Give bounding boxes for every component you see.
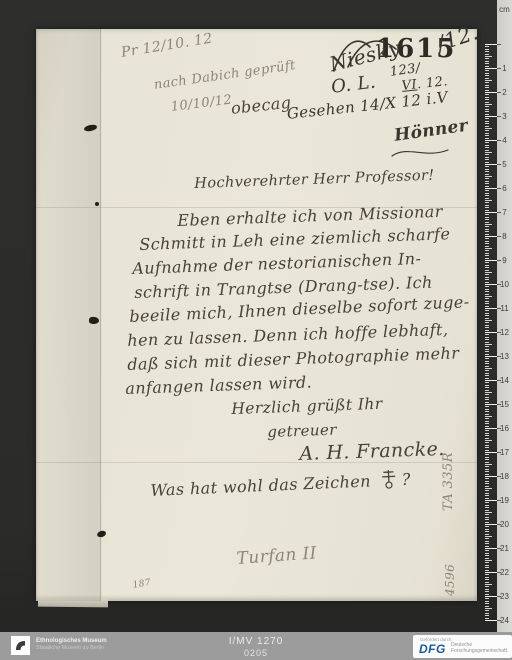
processing-note-date2: 10/10/12 (170, 92, 233, 114)
ruler-mark-label: 1 (497, 64, 512, 73)
ruler-tick (485, 193, 489, 194)
ruler-tick (485, 399, 489, 400)
ruler-tick (485, 162, 489, 163)
ruler-tick (485, 603, 489, 604)
ruler-tick (485, 104, 492, 105)
ruler-tick (485, 404, 497, 405)
ruler-tick (485, 387, 489, 388)
ruler-tick (485, 426, 489, 427)
ruler-tick (485, 198, 489, 199)
ruler-tick (485, 529, 489, 530)
ruler-tick (485, 75, 489, 76)
ruler-tick (485, 308, 497, 309)
ruler-tick (485, 118, 489, 119)
ruler-tick (485, 414, 489, 415)
ruler-tick (485, 159, 489, 160)
ruler-tick (485, 121, 489, 122)
ruler-tick (485, 214, 489, 215)
ruler-mark-label: 3 (497, 112, 512, 121)
ruler-tick (485, 190, 489, 191)
ruler-mark-label: 13 (497, 352, 512, 361)
ruler-tick (485, 282, 489, 283)
ruler-tick (485, 44, 497, 45)
ruler-tick (485, 411, 489, 412)
ruler-tick (485, 339, 489, 340)
ruler-tick (485, 354, 489, 355)
ruler-tick (485, 80, 492, 81)
ruler-tick (485, 517, 489, 518)
ruler-tick (485, 291, 489, 292)
ruler-tick (485, 361, 489, 362)
registrar-signature: Hönner (393, 116, 469, 146)
ruler-tick (485, 272, 492, 273)
district-abbrev: O. L. (330, 72, 377, 98)
ruler-tick (485, 409, 489, 410)
vertical-fold-crease (100, 29, 102, 601)
ruler-tick (485, 174, 489, 175)
ruler-tick (485, 154, 489, 155)
ruler-tick (485, 330, 489, 331)
ruler-tick (485, 183, 489, 184)
ruler-tick (485, 236, 497, 237)
ruler-tick (485, 550, 489, 551)
ruler-tick (485, 442, 489, 443)
ruler-tick (485, 322, 489, 323)
ruler-tick (485, 363, 489, 364)
ruler-tick (485, 238, 489, 239)
ruler-tick (485, 346, 489, 347)
ruler-tick (485, 534, 489, 535)
ruler-tick (485, 78, 489, 79)
letter-closing2: getreuer (267, 421, 337, 441)
ruler-mark-label: 24 (497, 616, 512, 625)
ruler-tick (485, 579, 489, 580)
ruler-tick (485, 565, 489, 566)
ruler-tick (485, 188, 497, 189)
ruler-tick (485, 258, 489, 259)
horizontal-fold-crease (36, 462, 477, 463)
ruler-tick (485, 555, 489, 556)
ruler-tick (485, 493, 489, 494)
ruler-tick (485, 373, 489, 374)
ruler-tick (485, 56, 492, 57)
ruler-mark-label: 23 (497, 592, 512, 601)
ruler-mark-label: 4 (497, 136, 512, 145)
ruler-tick (485, 171, 489, 172)
ruler-tick (485, 327, 489, 328)
ruler-tick (485, 82, 489, 83)
ruler-tick (485, 507, 489, 508)
ruler-tick (485, 294, 489, 295)
ruler-tick (485, 450, 489, 451)
ruler-tick (485, 620, 497, 621)
ruler-tick (485, 344, 492, 345)
ruler-tick (485, 219, 489, 220)
ruler-tick (485, 68, 497, 69)
ruler-mark-label: 5 (497, 160, 512, 169)
ruler-tick (485, 334, 489, 335)
ruler-tick (485, 402, 489, 403)
ruler-tick (485, 222, 489, 223)
ruler-tick (485, 248, 492, 249)
ruler-tick (485, 370, 489, 371)
ruler-mark-label: 16 (497, 424, 512, 433)
ruler-mark-label: 15 (497, 400, 512, 409)
ruler-tick (485, 380, 497, 381)
ruler-tick (485, 385, 489, 386)
ruler-tick (485, 260, 497, 261)
ruler-tick (485, 512, 492, 513)
ruler-tick (485, 524, 497, 525)
ruler-tick (485, 560, 492, 561)
letter-signature: A. H. Francke. (299, 438, 445, 465)
ruler-tick (485, 94, 489, 95)
ruler-tick (485, 490, 489, 491)
ink-blot (96, 530, 106, 538)
ruler-tick (485, 116, 497, 117)
ruler-tick (485, 315, 489, 316)
ruler-tick (485, 267, 489, 268)
ruler-tick (485, 332, 497, 333)
ruler-tick (485, 157, 489, 158)
ruler-tick (485, 49, 489, 50)
ruler-tick (485, 313, 489, 314)
processing-initials: obecag (230, 93, 292, 118)
ruler-tick (485, 73, 489, 74)
footer-bar: Ethnologisches Museum Staatliche Museen … (0, 632, 512, 660)
letter-sheet: Pr 12/10. 12 nach Dabich geprüft 10/10/1… (36, 29, 477, 601)
ruler-tick (485, 358, 489, 359)
ruler-tick (485, 430, 489, 431)
ruler-tick (485, 195, 489, 196)
ruler-mark-label: 6 (497, 184, 512, 193)
series-note: Turfan II (236, 543, 317, 569)
postscript-line: Was hat wohl das Zeichen ? (150, 468, 411, 500)
ruler-tick (485, 591, 489, 592)
ruler-tick (485, 481, 489, 482)
ruler-tick (485, 229, 489, 230)
ruler-tick (485, 483, 489, 484)
ruler-tick (485, 85, 489, 86)
ruler-tick (485, 570, 489, 571)
ruler-tick (485, 63, 489, 64)
ruler-tick (485, 406, 489, 407)
ruler-tick (485, 368, 492, 369)
ruler-tick (485, 471, 489, 472)
ruler-tick (485, 207, 489, 208)
ruler-tick (485, 478, 489, 479)
ruler-tick (485, 138, 489, 139)
ruler-tick (485, 217, 489, 218)
ruler-tick (485, 438, 489, 439)
ruler-tick (485, 445, 489, 446)
ruler-tick (485, 562, 489, 563)
ruler-tick (485, 99, 489, 100)
ruler-tick (485, 440, 492, 441)
ruler-tick (485, 486, 489, 487)
ruler-tick (485, 428, 497, 429)
ruler-mark-label: 2 (497, 88, 512, 97)
processing-note-date: Pr 12/10. 12 (120, 31, 214, 61)
ruler-tick (485, 596, 497, 597)
ruler-tick (485, 274, 489, 275)
ruler-tick (485, 447, 489, 448)
sheet-number: 187 (132, 578, 152, 591)
ruler-tick (485, 464, 492, 465)
ruler-tick (485, 536, 492, 537)
ruler-tick (485, 114, 489, 115)
ruler-tick (485, 351, 489, 352)
ruler-tick (485, 394, 489, 395)
ruler-tick (485, 301, 489, 302)
ruler-tick (485, 500, 497, 501)
ruler-tick (485, 618, 489, 619)
ruler-tick (485, 133, 489, 134)
ruler-tick (485, 286, 489, 287)
ruler-tick (485, 181, 489, 182)
ruler-tick (485, 423, 489, 424)
ruler-tick (485, 397, 489, 398)
ruler-tick (485, 454, 489, 455)
ruler-tick (485, 577, 489, 578)
ruler-tick (485, 505, 489, 506)
ink-blot (95, 202, 99, 206)
ruler-tick (485, 375, 489, 376)
ruler-tick (485, 582, 489, 583)
ruler-tick (485, 128, 492, 129)
ruler-mark-label: 7 (497, 208, 512, 217)
ruler-tick (485, 526, 489, 527)
ruler-mark-label: 14 (497, 376, 512, 385)
ruler-tick (485, 531, 489, 532)
ruler-tick (485, 546, 489, 547)
ruler-tick (485, 265, 489, 266)
ruler-unit-label: cm (497, 5, 512, 14)
dfg-logo: DFG (419, 642, 446, 656)
ruler-tick (485, 202, 489, 203)
ruler-tick (485, 253, 489, 254)
ruler-tick (485, 392, 492, 393)
ruler-tick (485, 606, 489, 607)
ruler-tick (485, 205, 489, 206)
ruler-tick (485, 210, 489, 211)
ruler-mark-label: 11 (497, 304, 512, 313)
ruler-tick (485, 111, 489, 112)
ruler-tick (485, 166, 489, 167)
letter-line: anfangen lassen wird. (125, 372, 312, 398)
ruler-tick (485, 522, 489, 523)
ruler-mark-label: 20 (497, 520, 512, 529)
ruler-tick (485, 610, 489, 611)
ruler-tick (485, 488, 492, 489)
ruler-tick (485, 97, 489, 98)
ruler-tick (485, 418, 489, 419)
ruler-tick (485, 574, 489, 575)
ruler-tick (485, 538, 489, 539)
ruler-tick (485, 366, 489, 367)
ruler-tick (485, 342, 489, 343)
ruler-mark-label: 18 (497, 472, 512, 481)
ruler-tick (485, 284, 497, 285)
ruler-tick (485, 66, 489, 67)
ruler-tick (485, 462, 489, 463)
ruler-tick (485, 495, 489, 496)
ruler-tick (485, 601, 489, 602)
ruler-tick (485, 58, 489, 59)
ruler-mark-label: 17 (497, 448, 512, 457)
ruler-tick (485, 598, 489, 599)
ruler-tick (485, 178, 489, 179)
ruler-tick (485, 421, 489, 422)
dfg-name-line2: Forschungsgemeinschaft. (451, 649, 508, 655)
nestorian-cross-symbol (380, 468, 396, 490)
side-reference: TA 335R (441, 452, 456, 511)
ruler-tick (485, 502, 489, 503)
ruler-tick (485, 169, 489, 170)
ruler-tick (485, 106, 489, 107)
ruler-mark-label: 12 (497, 328, 512, 337)
ruler-tick (485, 147, 489, 148)
ruler-tick (485, 226, 489, 227)
ruler-tick (485, 102, 489, 103)
ruler-tick (485, 46, 489, 47)
ruler-tick (485, 186, 489, 187)
ruler-tick (485, 318, 489, 319)
ruler-tick (485, 92, 497, 93)
letter-salutation: Hochverehrter Herr Professor! (194, 168, 435, 192)
ruler-tick (485, 255, 489, 256)
ruler-tick (485, 608, 492, 609)
ruler-tick (485, 54, 489, 55)
ruler-tick (485, 325, 489, 326)
ruler-tick (485, 234, 489, 235)
ruler-tick (485, 212, 497, 213)
scanned-document-page: Pr 12/10. 12 nach Dabich geprüft 10/10/1… (0, 0, 512, 660)
processing-note-checked: nach Dabich geprüft (153, 58, 297, 93)
ruler-tick (485, 519, 489, 520)
ruler-tick (485, 152, 492, 153)
ruler-tick (485, 613, 489, 614)
ruler-tick (485, 586, 489, 587)
ruler-tick (485, 474, 489, 475)
ruler-tick (485, 459, 489, 460)
dfg-name-block: Deutsche Forschungsgemeinschaft. (451, 643, 508, 654)
ruler-tick (485, 142, 489, 143)
ruler-tick (485, 126, 489, 127)
ruler-tick (485, 558, 489, 559)
ruler-tick (485, 200, 492, 201)
ruler-tick (485, 224, 492, 225)
ruler-tick (485, 164, 497, 165)
dfg-funding-badge: Gefördert durch DFG Deutsche Forschungsg… (413, 635, 512, 658)
ruler-tick (485, 498, 489, 499)
ruler-mark-label: 8 (497, 232, 512, 241)
ruler-tick (485, 150, 489, 151)
ruler-tick (485, 279, 489, 280)
ruler-tick (485, 452, 497, 453)
ruler-tick (485, 466, 489, 467)
ruler-mark-label: 9 (497, 256, 512, 265)
ruler-tick (485, 303, 489, 304)
ruler-tick (485, 337, 489, 338)
ruler-tick (485, 543, 489, 544)
ruler-tick (485, 382, 489, 383)
fold-shading (36, 29, 101, 601)
ruler-tick (485, 584, 492, 585)
ruler-tick (485, 510, 489, 511)
ruler-tick (485, 51, 489, 52)
ruler-tick (485, 567, 489, 568)
ruler-tick (485, 514, 489, 515)
ruler-tick (485, 435, 489, 436)
ruler-tick (485, 241, 489, 242)
ruler-tick (485, 594, 489, 595)
ruler-tick (485, 130, 489, 131)
ruler-tick (485, 553, 489, 554)
ruler-tick (485, 277, 489, 278)
ruler-tick (485, 296, 492, 297)
postscript-question-mark: ? (401, 470, 411, 489)
ruler-tick (485, 615, 489, 616)
ruler-mark-label: 21 (497, 544, 512, 553)
ruler-tick (485, 349, 489, 350)
ruler-tick (485, 70, 489, 71)
ruler-tick (485, 298, 489, 299)
ruler-tick (485, 123, 489, 124)
ruler-tick (485, 310, 489, 311)
ruler-tick (485, 541, 489, 542)
ruler-tick (485, 378, 489, 379)
ruler-tick (485, 109, 489, 110)
ruler-tick (485, 589, 489, 590)
signature-flourish (391, 147, 451, 159)
letter-closing: Herzlich grüßt Ihr (231, 395, 383, 418)
ruler-tick (485, 320, 492, 321)
ruler-tick (485, 140, 497, 141)
ruler-tick (485, 145, 489, 146)
ruler-tick (485, 416, 492, 417)
postscript-text: Was hat wohl das Zeichen (150, 471, 371, 500)
ruler-tick (485, 390, 489, 391)
ruler-tick (485, 289, 489, 290)
side-number: 4596 (443, 564, 457, 596)
ruler-tick (485, 243, 489, 244)
ruler-tick (485, 306, 489, 307)
ruler-tick (485, 135, 489, 136)
ruler-tick (485, 548, 497, 549)
ruler-tick (485, 231, 489, 232)
ruler-tick (485, 476, 497, 477)
ruler-tick (485, 356, 497, 357)
entry-number-year: /12. (434, 20, 481, 56)
ruler-tick (485, 433, 489, 434)
ruler-tick (485, 61, 489, 62)
ruler-tick (485, 457, 489, 458)
ruler: cm 1234567891011121314151617181920212223… (484, 0, 512, 632)
ruler-mark-label: 22 (497, 568, 512, 577)
ruler-tick (485, 250, 489, 251)
ruler-mark-label: 19 (497, 496, 512, 505)
ruler-tick (485, 176, 492, 177)
ruler-tick (485, 270, 489, 271)
ruler-tick (485, 90, 489, 91)
ruler-tick (485, 262, 489, 263)
ruler-tick (485, 469, 489, 470)
ruler-tick (485, 572, 497, 573)
ruler-tick (485, 87, 489, 88)
ruler-tick (485, 246, 489, 247)
ruler-mark-label: 10 (497, 280, 512, 289)
